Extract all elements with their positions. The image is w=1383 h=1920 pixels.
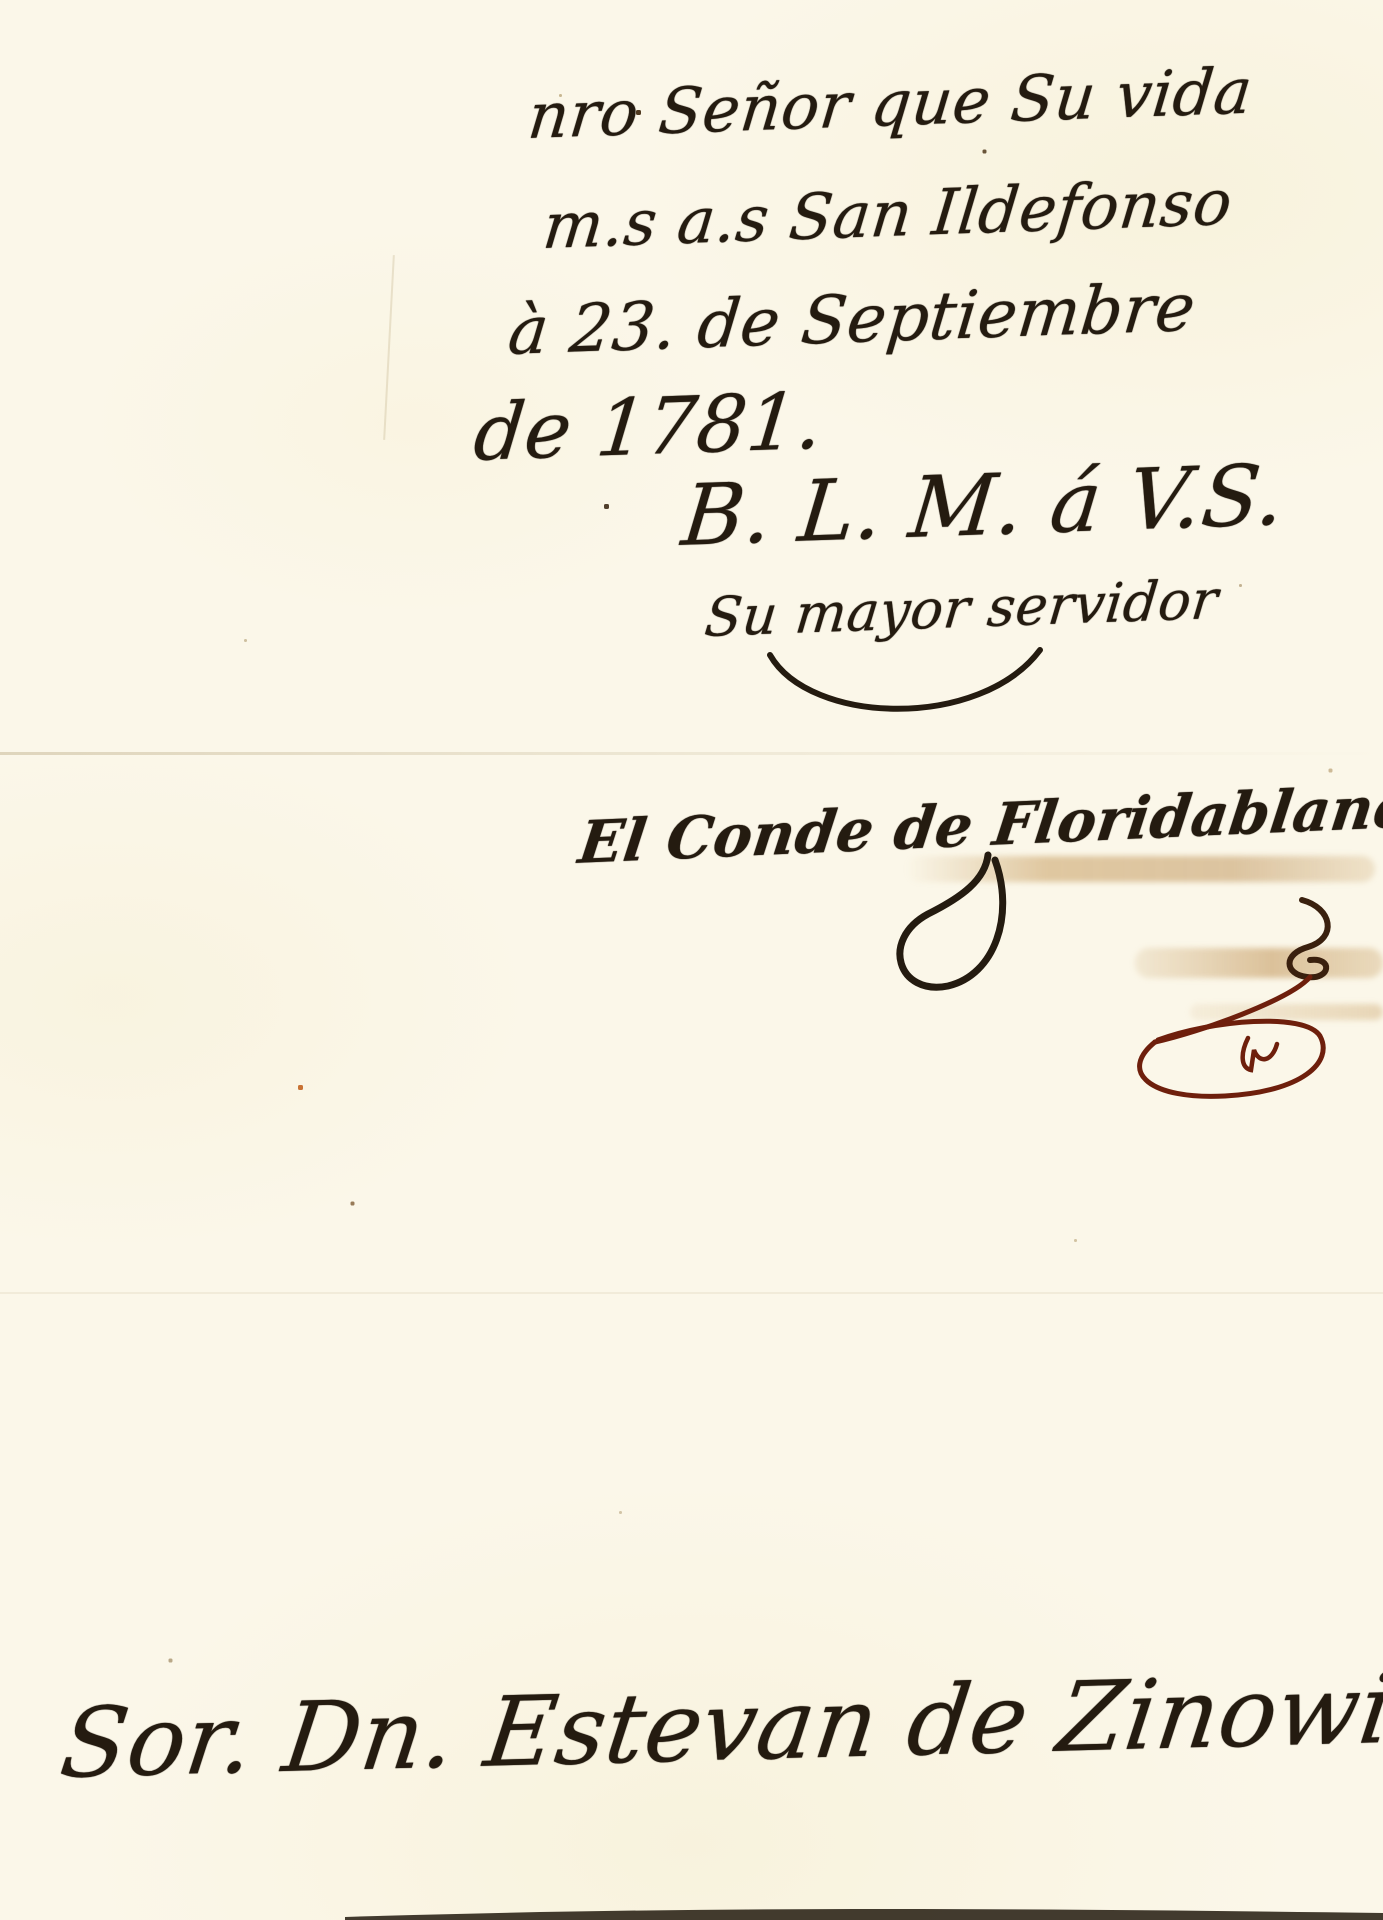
- ink-smudge: [1135, 948, 1383, 978]
- addressee-line: Sor. Dn. Estevan de Zinowieff: [55, 1653, 1383, 1797]
- rubric-loop: [1140, 1021, 1324, 1096]
- ink-smudge: [905, 856, 1375, 882]
- paper-crease: [0, 1292, 1383, 1294]
- letter-line-1: nro Señor que Su vida: [525, 56, 1256, 151]
- letter-line-3: à 23. de Septiembre: [505, 272, 1199, 369]
- closing-flourish: [770, 650, 1040, 709]
- ink-smudge: [1190, 1004, 1383, 1020]
- letter-line-5-courtesy-formula: B. L. M. á V.S.: [678, 449, 1289, 563]
- paper-crease: [0, 752, 1383, 755]
- letter-line-2: m.s a.s San Ildefonso: [540, 168, 1236, 262]
- page-bottom-edge: [345, 1909, 1383, 1920]
- paper-crease: [383, 255, 395, 440]
- letter-line-6-closing: Su mayor servidor: [702, 570, 1221, 648]
- rubric-zigzag: [1243, 1038, 1277, 1070]
- paper: nro Señor que Su vida m.s a.s San Ildefo…: [0, 0, 1383, 1920]
- paper-speckles: [0, 0, 1, 1]
